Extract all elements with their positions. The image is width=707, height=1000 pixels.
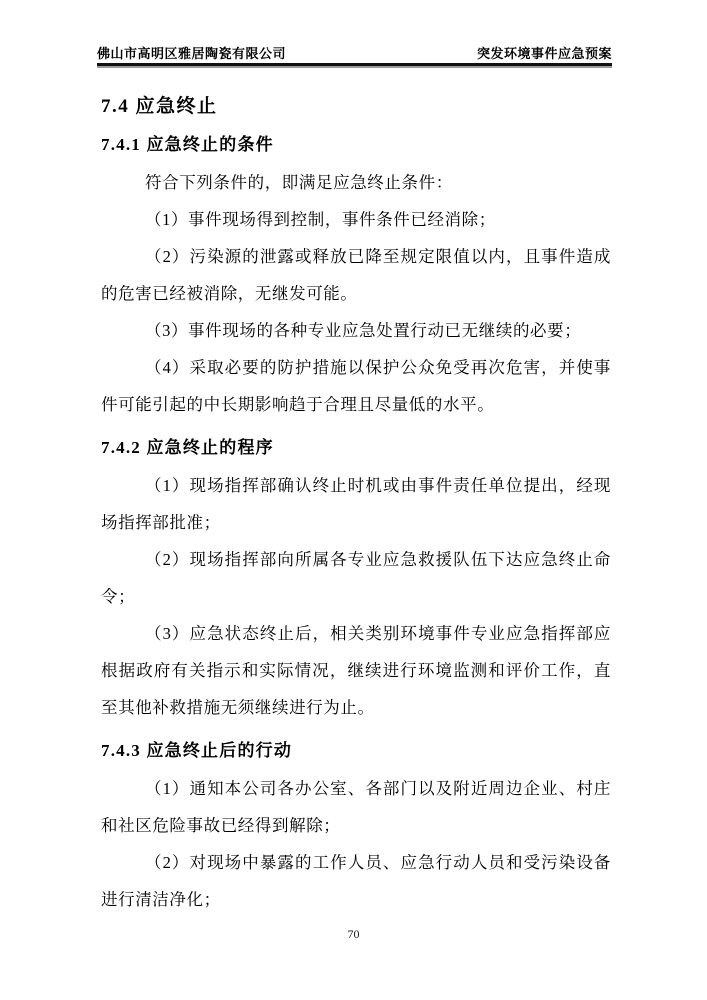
document-body: 7.4 应急终止 7.4.1 应急终止的条件 符合下列条件的，即满足应急终止条件… <box>101 78 611 918</box>
paragraph-condition-3: （3）事件现场的各种专业应急处置行动已无继续的必要； <box>101 312 611 349</box>
document-page: 佛山市高明区雅居陶瓷有限公司 突发环境事件应急预案 7.4 应急终止 7.4.1… <box>0 0 707 1000</box>
page-header: 佛山市高明区雅居陶瓷有限公司 突发环境事件应急预案 <box>97 46 612 62</box>
section-heading-7-4: 7.4 应急终止 <box>101 94 611 120</box>
header-company-name: 佛山市高明区雅居陶瓷有限公司 <box>97 46 286 62</box>
page-number: 70 <box>0 927 707 942</box>
header-doc-title: 突发环境事件应急预案 <box>477 46 612 62</box>
subsection-heading-7-4-3: 7.4.3 应急终止后的行动 <box>101 738 611 763</box>
header-rule-gray-line <box>97 66 612 68</box>
header-rule <box>97 63 612 68</box>
paragraph-action-2: （2）对现场中暴露的工作人员、应急行动人员和受污染设备进行清洁净化； <box>101 844 611 918</box>
subsection-heading-7-4-1: 7.4.1 应急终止的条件 <box>101 132 611 157</box>
paragraph-procedure-3: （3）应急状态终止后，相关类别环境事件专业应急指挥部应根据政府有关指示和实际情况… <box>101 615 611 726</box>
paragraph-intro-conditions: 符合下列条件的，即满足应急终止条件： <box>101 164 611 201</box>
paragraph-action-1: （1）通知本公司各办公室、各部门以及附近周边企业、村庄和社区危险事故已经得到解除… <box>101 770 611 844</box>
paragraph-condition-2: （2）污染源的泄露或释放已降至规定限值以内，且事件造成的危害已经被消除，无继发可… <box>101 238 611 312</box>
paragraph-procedure-1: （1）现场指挥部确认终止时机或由事件责任单位提出，经现场指挥部批准； <box>101 467 611 541</box>
paragraph-condition-1: （1）事件现场得到控制，事件条件已经消除； <box>101 201 611 238</box>
paragraph-condition-4: （4）采取必要的防护措施以保护公众免受再次危害，并使事件可能引起的中长期影响趋于… <box>101 349 611 423</box>
paragraph-procedure-2: （2）现场指挥部向所属各专业应急救援队伍下达应急终止命令； <box>101 541 611 615</box>
subsection-heading-7-4-2: 7.4.2 应急终止的程序 <box>101 435 611 460</box>
